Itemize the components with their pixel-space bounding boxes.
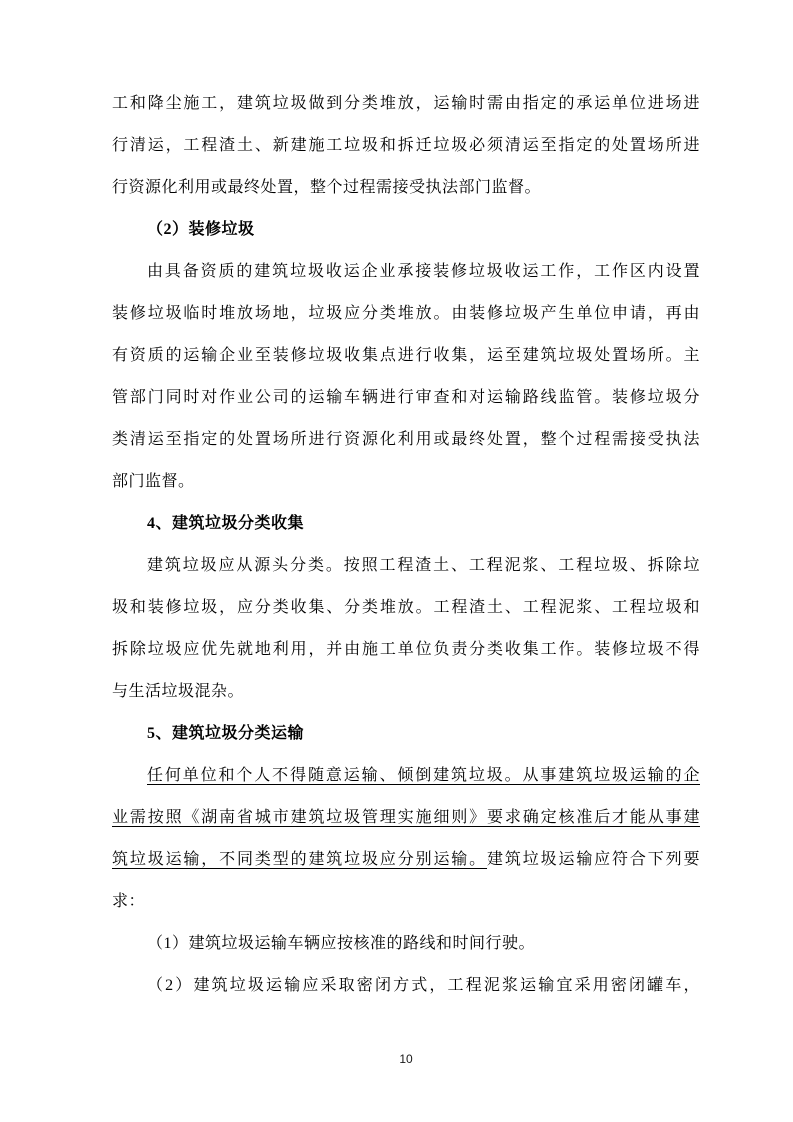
list-item: （2）建筑垃圾运输应采取密闭方式，工程泥浆运输宜采用密闭罐车， bbox=[112, 965, 700, 1007]
paragraph-line: 业需按照《湖南省城市建筑垃圾管理实施细则》要求确定核准后才能从事建 bbox=[112, 797, 700, 839]
document-page: 工和降尘施工，建筑垃圾做到分类堆放，运输时需由指定的承运单位进场进 行清运，工程… bbox=[0, 0, 793, 1122]
page-number: 10 bbox=[399, 1052, 412, 1066]
paragraph-line: 任何单位和个人不得随意运输、倾倒建筑垃圾。从事建筑垃圾运输的企 bbox=[112, 755, 700, 797]
paragraph-line: 拆除垃圾应优先就地利用，并由施工单位负责分类收集工作。装修垃圾不得 bbox=[112, 629, 700, 671]
underlined-text: 业需按照《湖南省城市建筑垃圾管理实施细则》要求确定核准后才能从事建 bbox=[112, 809, 700, 826]
section-heading-classified-collection: 4、建筑垃圾分类收集 bbox=[112, 503, 700, 545]
paragraph-line: 行资源化利用或最终处置，整个过程需接受执法部门监督。 bbox=[112, 167, 700, 209]
page-content: 工和降尘施工，建筑垃圾做到分类堆放，运输时需由指定的承运单位进场进 行清运，工程… bbox=[112, 83, 700, 1007]
paragraph-line: 管部门同时对作业公司的运输车辆进行审查和对运输路线监管。装修垃圾分 bbox=[112, 377, 700, 419]
section-heading-classified-transport: 5、建筑垃圾分类运输 bbox=[112, 713, 700, 755]
paragraph-line: 行清运，工程渣土、新建施工垃圾和拆迁垃圾必须清运至指定的处置场所进 bbox=[112, 125, 700, 167]
paragraph-line: 有资质的运输企业至装修垃圾收集点进行收集，运至建筑垃圾处置场所。主 bbox=[112, 335, 700, 377]
paragraph-line: 圾和装修垃圾，应分类收集、分类堆放。工程渣土、工程泥浆、工程垃圾和 bbox=[112, 587, 700, 629]
paragraph-text: 建筑垃圾运输应符合下列要 bbox=[487, 851, 700, 868]
paragraph-line: 与生活垃圾混杂。 bbox=[112, 671, 700, 713]
underlined-text: 筑垃圾运输，不同类型的建筑垃圾应分别运输。 bbox=[112, 851, 487, 868]
paragraph-line: 筑垃圾运输，不同类型的建筑垃圾应分别运输。建筑垃圾运输应符合下列要 bbox=[112, 839, 700, 881]
underlined-text: 任何单位和个人不得随意运输、倾倒建筑垃圾。从事建筑垃圾运输的企 bbox=[147, 767, 700, 784]
paragraph-line: 由具备资质的建筑垃圾收运企业承接装修垃圾收运工作，工作区内设置 bbox=[112, 251, 700, 293]
paragraph-line: 工和降尘施工，建筑垃圾做到分类堆放，运输时需由指定的承运单位进场进 bbox=[112, 83, 700, 125]
list-item: （1）建筑垃圾运输车辆应按核准的路线和时间行驶。 bbox=[112, 923, 700, 965]
paragraph-line: 部门监督。 bbox=[112, 461, 700, 503]
paragraph-line: 求： bbox=[112, 881, 700, 923]
paragraph-line: 装修垃圾临时堆放场地，垃圾应分类堆放。由装修垃圾产生单位申请，再由 bbox=[112, 293, 700, 335]
paragraph-line: 建筑垃圾应从源头分类。按照工程渣土、工程泥浆、工程垃圾、拆除垃 bbox=[112, 545, 700, 587]
page-footer: 10 bbox=[112, 1050, 700, 1068]
section-heading-renovation-waste: （2）装修垃圾 bbox=[112, 209, 700, 251]
paragraph-line: 类清运至指定的处置场所进行资源化利用或最终处置，整个过程需接受执法 bbox=[112, 419, 700, 461]
